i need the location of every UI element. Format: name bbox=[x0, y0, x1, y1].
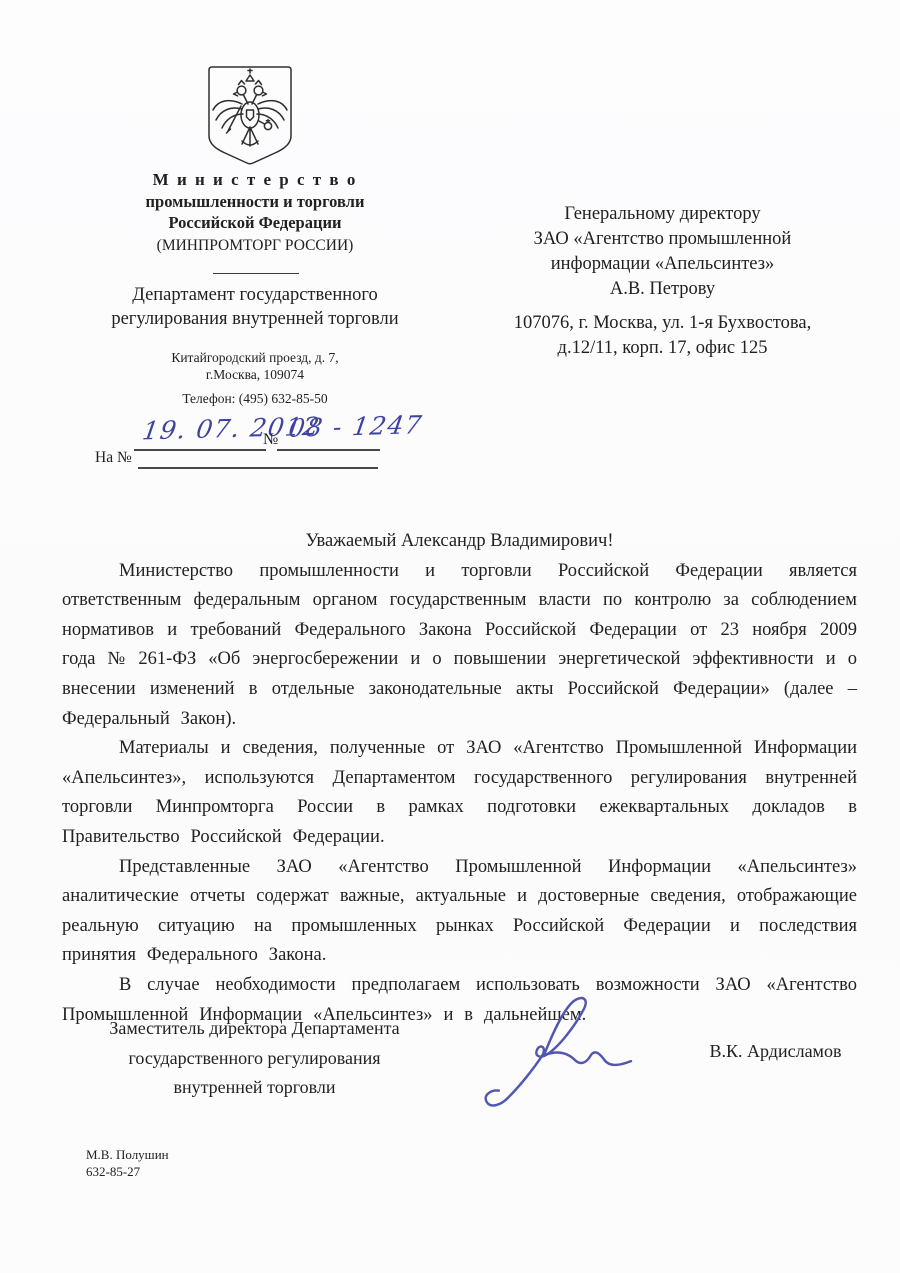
recipient-org-line2: информации «Апельсинтез» bbox=[465, 252, 860, 277]
sender-address-block: Китайгородский проезд, д. 7, г.Москва, 1… bbox=[95, 349, 415, 383]
signer-position-line3: внутренней торговли bbox=[82, 1073, 427, 1103]
number-sign-label: № bbox=[263, 431, 278, 449]
scanned-letter-page: М и н и с т е р с т в о промышленности и… bbox=[0, 0, 900, 1273]
handwritten-outgoing-number: 08 - 1247 bbox=[287, 410, 425, 442]
letter-body: Уважаемый Александр Владимирович! Минист… bbox=[62, 527, 857, 1030]
body-paragraph-1: Министерство промышленности и торговли Р… bbox=[62, 557, 857, 735]
recipient-block: Генеральному директору ЗАО «Агентство пр… bbox=[465, 202, 860, 361]
handwritten-signature-icon bbox=[446, 990, 634, 1112]
body-paragraph-3: Представленные ЗАО «Агентство Промышленн… bbox=[62, 853, 857, 971]
signer-name: В.К. Ардисламов bbox=[688, 1041, 863, 1062]
sender-address-line1: Китайгородский проезд, д. 7, bbox=[95, 349, 415, 366]
letterhead-divider bbox=[213, 273, 299, 274]
ministry-line1: М и н и с т е р с т в о bbox=[75, 169, 435, 191]
recipient-address-line2: д.12/11, корп. 17, офис 125 bbox=[465, 336, 860, 361]
recipient-address: 107076, г. Москва, ул. 1-я Бухвостова, д… bbox=[465, 311, 860, 361]
recipient-address-line1: 107076, г. Москва, ул. 1-я Бухвостова, bbox=[465, 311, 860, 336]
recipient-org-line1: ЗАО «Агентство промышленной bbox=[465, 227, 860, 252]
department-name-block: Департамент государственного регулирован… bbox=[70, 284, 440, 331]
sender-address-line2: г.Москва, 109074 bbox=[95, 366, 415, 383]
executor-block: М.В. Полушин 632-85-27 bbox=[86, 1147, 169, 1180]
recipient-title: Генеральному директору bbox=[465, 202, 860, 227]
executor-phone: 632-85-27 bbox=[86, 1164, 169, 1181]
department-line2: регулирования внутренней торговли bbox=[70, 308, 440, 332]
salutation: Уважаемый Александр Владимирович! bbox=[62, 527, 857, 557]
reply-to-underline bbox=[138, 467, 378, 469]
russian-coat-of-arms-icon bbox=[204, 64, 296, 168]
recipient-person: А.В. Петрову bbox=[465, 277, 860, 302]
reply-to-label: На № bbox=[95, 449, 132, 467]
executor-name: М.В. Полушин bbox=[86, 1147, 169, 1164]
signer-position-line2: государственного регулирования bbox=[82, 1044, 427, 1074]
department-line1: Департамент государственного bbox=[70, 284, 440, 308]
signer-position-block: Заместитель директора Департамента госуд… bbox=[82, 1014, 427, 1103]
signer-position-line1: Заместитель директора Департамента bbox=[82, 1014, 427, 1044]
ministry-line3: Российской Федерации bbox=[75, 212, 435, 233]
ministry-short-name: (МИНПРОМТОРГ РОССИИ) bbox=[75, 235, 435, 257]
ministry-name-block: М и н и с т е р с т в о промышленности и… bbox=[75, 169, 435, 257]
sender-phone: Телефон: (495) 632-85-50 bbox=[95, 391, 415, 407]
number-underline bbox=[277, 449, 380, 451]
body-paragraph-2: Материалы и сведения, полученные от ЗАО … bbox=[62, 734, 857, 852]
date-underline bbox=[134, 449, 266, 451]
ministry-line2: промышленности и торговли bbox=[75, 191, 435, 212]
